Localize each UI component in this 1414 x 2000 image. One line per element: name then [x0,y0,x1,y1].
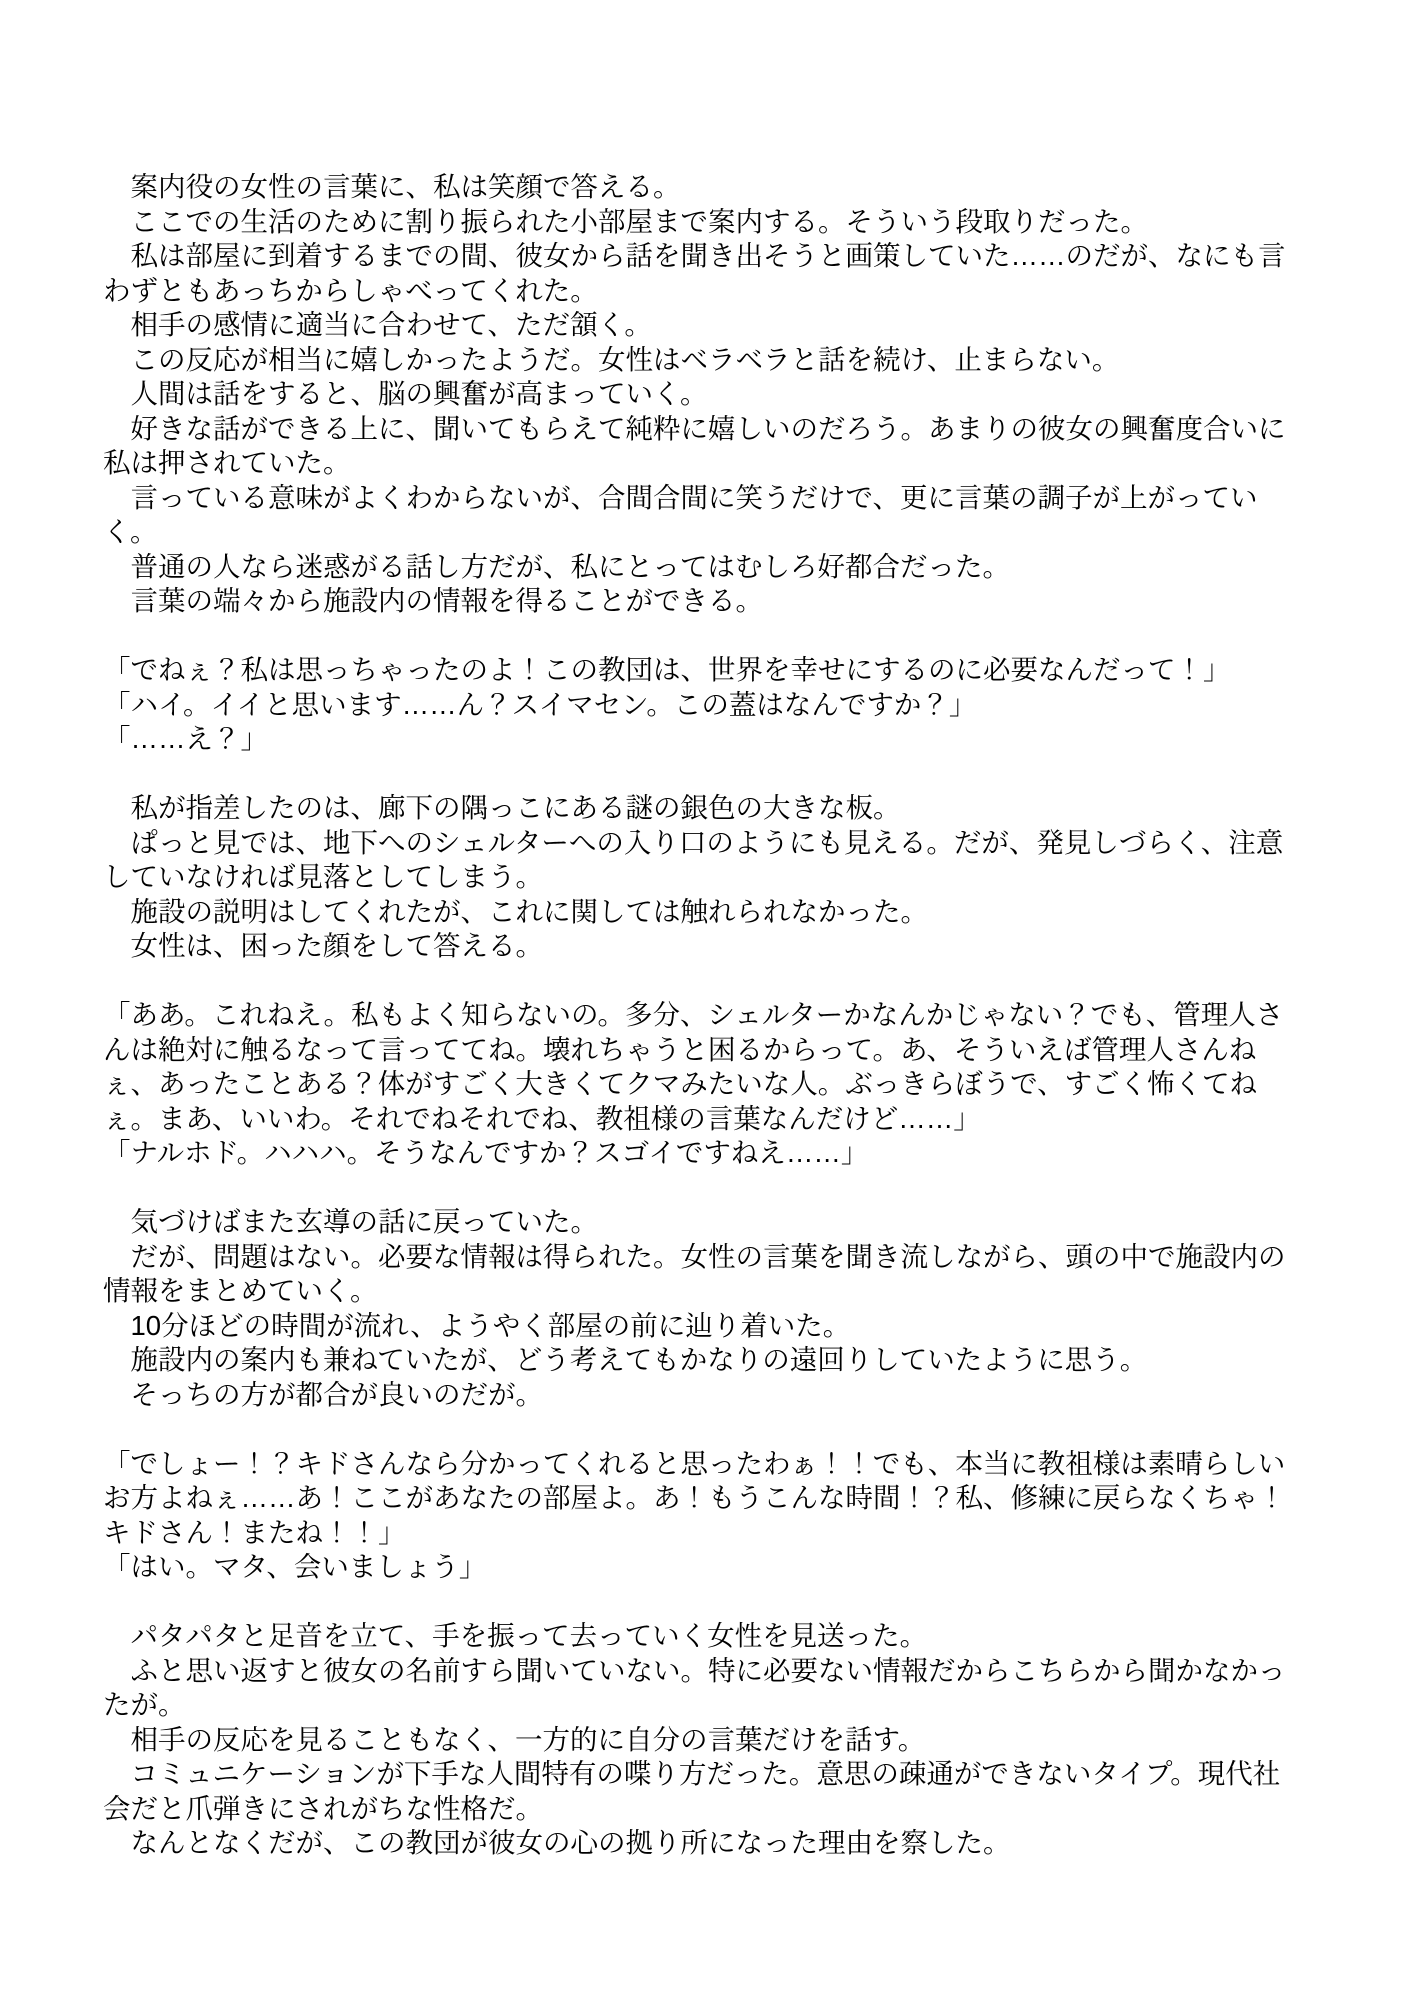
narration-paragraph: ぱっと見では、地下へのシェルターへの入り口のようにも見える。だが、発見しづらく、… [103,826,1299,895]
narration-paragraph: 施設の説明はしてくれたが、これに関しては触れられなかった。 [103,895,1299,930]
narration-paragraph: 施設内の案内も兼ねていたが、どう考えてもかなりの遠回りしていたように思う。 [103,1343,1299,1378]
paragraph-spacer [103,1412,1299,1447]
dialogue-line: 「でしょー！？キドさんなら分かってくれると思ったわぁ！！でも、本当に教祖様は素晴… [103,1447,1299,1551]
paragraph-spacer [103,964,1299,999]
paragraph-spacer [103,1171,1299,1206]
dialogue-line: 「はい。マタ、会いましょう」 [103,1550,1299,1585]
dialogue-line: 「でねぇ？私は思っちゃったのよ！この教団は、世界を幸せにするのに必要なんだって！… [103,653,1299,688]
narration-paragraph: パタパタと足音を立て、手を振って去っていく女性を見送った。 [103,1619,1299,1654]
dialogue-line: 「ハイ。イイと思います……ん？スイマセン。この蓋はなんですか？」 [103,688,1299,723]
narration-paragraph: 気づけばまた玄導の話に戻っていた。 [103,1205,1299,1240]
dialogue-line: 「ナルホド。ハハハ。そうなんですか？スゴイですねえ……」 [103,1136,1299,1171]
narration-paragraph: 相手の感情に適当に合わせて、ただ頷く。 [103,308,1299,343]
narration-paragraph: だが、問題はない。必要な情報は得られた。女性の言葉を聞き流しながら、頭の中で施設… [103,1240,1299,1309]
narration-paragraph: 私は部屋に到着するまでの間、彼女から話を聞き出そうと画策していた……のだが、なに… [103,239,1299,308]
dialogue-line: 「ああ。これねえ。私もよく知らないの。多分、シェルターかなんかじゃない？でも、管… [103,998,1299,1136]
narration-paragraph: この反応が相当に嬉しかったようだ。女性はベラベラと話を続け、止まらない。 [103,343,1299,378]
narration-paragraph: なんとなくだが、この教団が彼女の心の拠り所になった理由を察した。 [103,1826,1299,1861]
narration-paragraph: 普通の人なら迷惑がる話し方だが、私にとってはむしろ好都合だった。 [103,550,1299,585]
narration-paragraph: 言っている意味がよくわからないが、合間合間に笑うだけで、更に言葉の調子が上がって… [103,481,1299,550]
narration-paragraph: 人間は話をすると、脳の興奮が高まっていく。 [103,377,1299,412]
dialogue-line: 「……え？」 [103,722,1299,757]
document-page-body: { "page": { "background_color": "#ffffff… [0,0,1414,2000]
paragraph-spacer [103,1585,1299,1620]
narration-paragraph: 案内役の女性の言葉に、私は笑顔で答える。 [103,170,1299,205]
narration-paragraph: ここでの生活のために割り振られた小部屋まで案内する。そういう段取りだった。 [103,205,1299,240]
narration-paragraph: ふと思い返すと彼女の名前すら聞いていない。特に必要ない情報だからこちらから聞かな… [103,1654,1299,1723]
novel-page: 案内役の女性の言葉に、私は笑顔で答える。ここでの生活のために割り振られた小部屋ま… [0,0,1414,2000]
narration-paragraph: そっちの方が都合が良いのだが。 [103,1378,1299,1413]
narration-paragraph: コミュニケーションが下手な人間特有の喋り方だった。意思の疎通ができないタイプ。現… [103,1757,1299,1826]
paragraph-spacer [103,619,1299,654]
narration-paragraph: 女性は、困った顔をして答える。 [103,929,1299,964]
narration-paragraph: 相手の反応を見ることもなく、一方的に自分の言葉だけを話す。 [103,1723,1299,1758]
narration-paragraph: 私が指差したのは、廊下の隅っこにある謎の銀色の大きな板。 [103,791,1299,826]
narration-paragraph: 好きな話ができる上に、聞いてもらえて純粋に嬉しいのだろう。あまりの彼女の興奮度合… [103,412,1299,481]
paragraph-spacer [103,757,1299,792]
novel-text-body: 案内役の女性の言葉に、私は笑顔で答える。ここでの生活のために割り振られた小部屋ま… [103,170,1299,1861]
narration-paragraph: 言葉の端々から施設内の情報を得ることができる。 [103,584,1299,619]
narration-paragraph: 10分ほどの時間が流れ、ようやく部屋の前に辿り着いた。 [103,1309,1299,1344]
